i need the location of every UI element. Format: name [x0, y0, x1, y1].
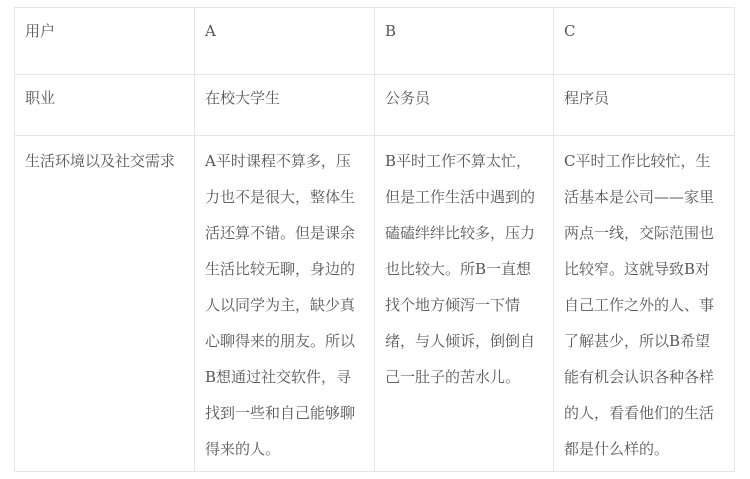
cell-occupation-a: 在校大学生 — [195, 75, 375, 136]
row-label-environment-needs: 生活环境以及社交需求 — [15, 136, 195, 472]
cell-user-c: C — [554, 8, 735, 75]
cell-user-b: B — [375, 8, 554, 75]
row-label-occupation: 职业 — [15, 75, 195, 136]
cell-environment-b: B平时工作不算太忙，但是工作生活中遇到的磕磕绊绊比较多，压力也比较大。所B一直想… — [375, 136, 554, 472]
cell-environment-a: A平时课程不算多，压力也不是很大，整体生活还算不错。但是课余生活比较无聊，身边的… — [195, 136, 375, 472]
user-persona-table: 用户 A B C 职业 在校大学生 公务员 程序员 生活环境以及社交需求 A平时… — [14, 7, 735, 472]
table-row-occupation: 职业 在校大学生 公务员 程序员 — [15, 75, 735, 136]
table-row-user: 用户 A B C — [15, 8, 735, 75]
table-row-environment-needs: 生活环境以及社交需求 A平时课程不算多，压力也不是很大，整体生活还算不错。但是课… — [15, 136, 735, 472]
cell-occupation-b: 公务员 — [375, 75, 554, 136]
cell-occupation-c: 程序员 — [554, 75, 735, 136]
cell-user-a: A — [195, 8, 375, 75]
row-label-user: 用户 — [15, 8, 195, 75]
cell-environment-c: C平时工作比较忙，生活基本是公司——家里两点一线，交际范围也比较窄。这就导致B对… — [554, 136, 735, 472]
